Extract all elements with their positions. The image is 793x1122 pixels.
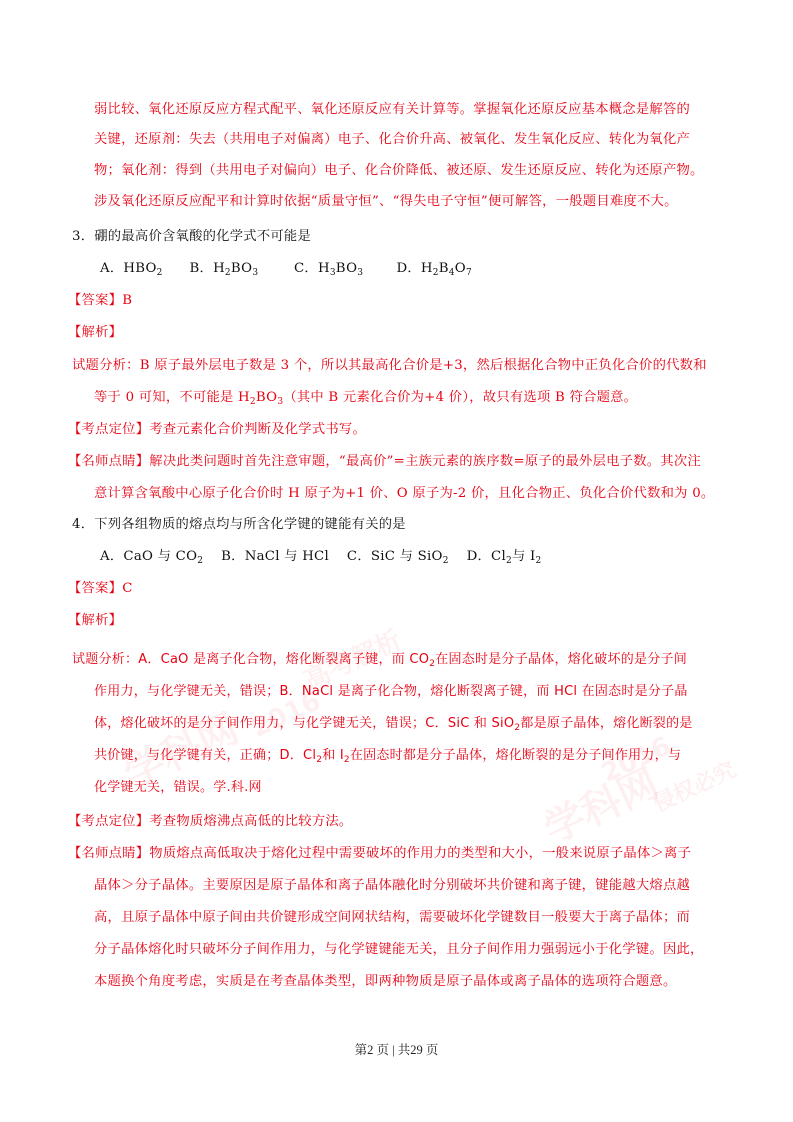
option-a: A．CaO 与 CO2 (100, 548, 217, 566)
mingshi-text: 解决此类问题时首先注意审题，“最高价”=主族元素的族序数=原子的最外层电子数。其… (149, 454, 701, 469)
question-3-options: A．HBO2 B．H2BO3 C．H3BO3 D．H2B4O7 (100, 260, 472, 278)
analysis-tag: 【解析】 (68, 612, 122, 630)
question-4-stem: 4．下列各组物质的熔点均与所含化学键的键能有关的是 (72, 516, 406, 534)
document-page: 学科网 2016 高考解析 学科网 2016 侵权必究 弱比较、氧化还原反应方程… (0, 0, 793, 1122)
option-c: C．H3BO3 (294, 260, 392, 278)
answer-value: C (122, 581, 132, 596)
kaodian-text: 考查物质熔沸点高低的比较方法。 (149, 814, 352, 829)
question-3-analysis-line: 等于 0 可知，不可能是 H2BO3（其中 B 元素化合价为+4 价），故只有选… (94, 389, 637, 407)
question-4-analysis-line: 试题分析：A．CaO 是离子化合物，熔化断裂离子键，而 CO2在固态时是分子晶体… (72, 651, 687, 669)
question-3-mingshi-line: 意计算含氧酸中心原子化合价时 H 原子为+1 价、O 原子为-2 价，且化合物正… (94, 485, 714, 503)
prev-analysis-line: 物；氧化剂：得到（共用电子对偏向）电子、化合价降低、被还原、发生还原反应、转化为… (94, 162, 704, 180)
answer-value: B (122, 293, 132, 308)
answer-tag: 【答案】 (68, 293, 122, 308)
option-c: C．SiC 与 SiO2 (347, 548, 462, 566)
question-4-mingshi-line: 分子晶体熔化时只破坏分子间作用力，与化学键键能无关，且分子间作用力强弱远小于化学… (94, 941, 704, 959)
question-4-options: A．CaO 与 CO2 B．NaCl 与 HCl C．SiC 与 SiO2 D．… (100, 548, 541, 566)
option-a: A．HBO2 (100, 260, 185, 278)
question-3-kaodian: 【考点定位】考查元素化合价判断及化学式书写。 (68, 421, 366, 439)
option-b: B．NaCl 与 HCl (221, 548, 342, 566)
kaodian-tag: 【考点定位】 (68, 814, 149, 829)
kaodian-tag: 【考点定位】 (68, 422, 149, 437)
question-4-kaodian: 【考点定位】考查物质熔沸点高低的比较方法。 (68, 813, 352, 831)
mingshi-tag: 【名师点睛】 (68, 454, 149, 469)
question-4-analysis-line: 化学键无关，错误。学.科.网 (94, 779, 262, 797)
question-3-mingshi: 【名师点睛】解决此类问题时首先注意审题，“最高价”=主族元素的族序数=原子的最外… (68, 453, 701, 471)
question-3-stem: 3．硼的最高价含氧酸的化学式不可能是 (72, 228, 311, 246)
question-4-analysis-line: 作用力，与化学键无关，错误；B．NaCl 是离子化合物，熔化断裂离子键，而 HC… (94, 683, 688, 701)
page-footer: 第2 页 | 共29 页 (0, 1040, 793, 1058)
mingshi-text: 物质熔点高低取决于熔化过程中需要破坏的作用力的类型和大小，一般来说原子晶体＞离子 (149, 846, 691, 861)
question-number: 3． (72, 229, 94, 244)
question-text: 硼的最高价含氧酸的化学式不可能是 (94, 229, 311, 244)
answer-tag: 【答案】 (68, 581, 122, 596)
prev-analysis-line: 弱比较、氧化还原反应方程式配平、氧化还原反应有关计算等。掌握氧化还原反应基本概念… (94, 101, 690, 119)
question-4-analysis-line: 体，熔化破坏的是分子间作用力，与化学键无关，错误；C．SiC 和 SiO2都是原… (94, 715, 693, 733)
question-text: 下列各组物质的熔点均与所含化学键的键能有关的是 (94, 517, 406, 532)
question-4-analysis-line: 共价键，与化学键有关，正确；D．Cl2和 I2在固态时都是分子晶体，熔化断裂的是… (94, 747, 681, 765)
question-number: 4． (72, 517, 94, 532)
prev-analysis-line: 涉及氧化还原反应配平和计算时依据“质量守恒”、“得失电子守恒”便可解答，一般题目… (94, 193, 678, 211)
prev-analysis-line: 关键，还原剂：失去（共用电子对偏离）电子、化合价升高、被氧化、发生氧化反应、转化… (94, 131, 690, 149)
mingshi-tag: 【名师点睛】 (68, 846, 149, 861)
question-4-mingshi: 【名师点睛】物质熔点高低取决于熔化过程中需要破坏的作用力的类型和大小，一般来说原… (68, 845, 691, 863)
question-4-answer: 【答案】C (68, 580, 133, 598)
kaodian-text: 考查元素化合价判断及化学式书写。 (149, 422, 366, 437)
question-4-mingshi-line: 晶体＞分子晶体。主要原因是原子晶体和离子晶体融化时分别破坏共价键和离子键，键能越… (94, 877, 690, 895)
analysis-tag: 【解析】 (68, 324, 122, 342)
option-d: D．H2B4O7 (396, 260, 471, 278)
watermark-brand-2: 学科网 (534, 752, 667, 854)
option-d: D．Cl2与 I2 (467, 548, 542, 566)
option-b: B．H2BO3 (189, 260, 289, 278)
question-3-answer: 【答案】B (68, 292, 132, 310)
question-4-mingshi-line: 高，且原子晶体中原子间由共价键形成空间网状结构，需要破坏化学键数目一般要大于离子… (94, 909, 690, 927)
question-4-mingshi-line: 本题换个角度考虑，实质是在考查晶体类型，即两种物质是原子晶体或离子晶体的选项符合… (94, 973, 677, 991)
question-3-analysis-line: 试题分析：B 原子最外层电子数是 3 个，所以其最高化合价是+3，然后根据化合物… (72, 357, 707, 375)
